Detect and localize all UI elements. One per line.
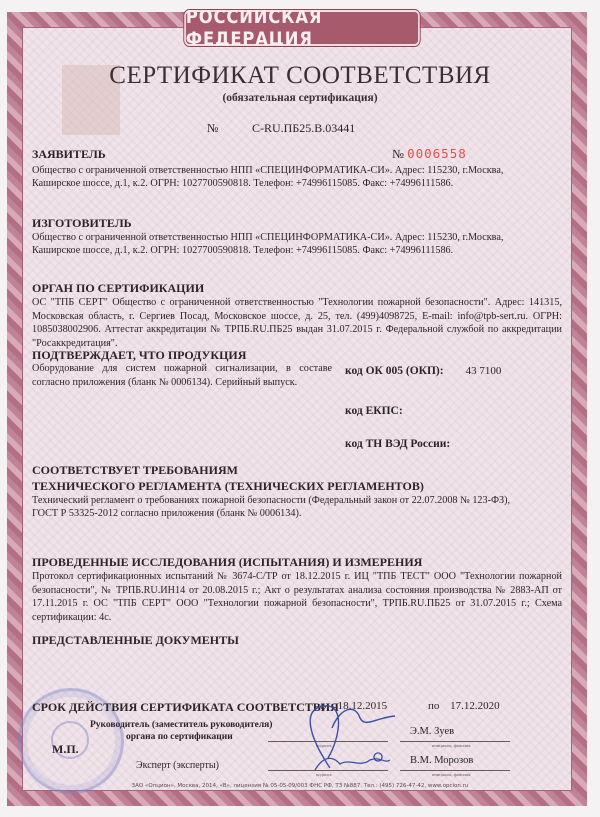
applicant-line-2: Каширское шоссе, д.1, к.2. ОГРН: 1027700… (32, 177, 453, 191)
document-subtitle: (обязательная сертификация) (0, 92, 600, 104)
head-name: Э.М. Зуев (410, 726, 454, 737)
manufacturer-heading: ИЗГОТОВИТЕЛЬ (32, 216, 132, 231)
blank-serial-number: № 0006558 (392, 146, 467, 162)
inner-frame-line (22, 27, 572, 791)
validity-to: по 17.12.2020 (428, 700, 500, 712)
expert-role: Эксперт (эксперты) (136, 759, 219, 773)
tests-heading: ПРОВЕДЕННЫЕ ИССЛЕДОВАНИЯ (ИСПЫТАНИЯ) И И… (32, 555, 422, 570)
okp-code-label: код ОК 005 (ОКП): (345, 365, 444, 377)
okp-code-row: код ОК 005 (ОКП): 43 7100 (345, 361, 501, 379)
handwritten-signatures (270, 698, 410, 778)
certification-body-text: ОС "ТПБ СЕРТ" Общество с ограниченной от… (32, 296, 562, 350)
applicant-line-1: Общество с ограниченной ответственностью… (32, 164, 503, 178)
head-name-line (400, 741, 510, 742)
serial-prefix: № (392, 147, 404, 161)
ekps-code-label: код ЕКПС: (345, 405, 403, 417)
product-text: Оборудование для систем пожарной сигнали… (32, 362, 332, 389)
requirements-line-2: ГОСТ Р 53325-2012 согласно приложения (б… (32, 507, 301, 521)
certificate-number: C-RU.ПБ25.В.03441 (252, 121, 355, 136)
serial-value: 0006558 (407, 146, 467, 161)
requirements-line-1: Технический регламент о требованиях пожа… (32, 494, 510, 508)
expert-name-line (400, 770, 510, 771)
product-heading: ПОДТВЕРЖДАЕТ, ЧТО ПРОДУКЦИЯ (32, 348, 246, 363)
manufacturer-line-2: Каширское шоссе, д.1, к.2. ОГРН: 1027700… (32, 244, 453, 258)
tests-text: Протокол сертификационных испытаний № 36… (32, 570, 562, 624)
requirements-heading-line-2: ТЕХНИЧЕСКОГО РЕГЛАМЕНТА (ТЕХНИЧЕСКИХ РЕГ… (32, 479, 424, 494)
stamp-label: М.П. (52, 742, 79, 757)
head-name-caption: инициалы, фамилия (432, 743, 471, 748)
country-banner: РОССИЙСКАЯ ФЕДЕРАЦИЯ (184, 10, 420, 46)
tnved-code-label: код ТН ВЭД России: (345, 438, 450, 450)
validity-to-date: 17.12.2020 (450, 700, 500, 712)
printer-imprint: ЗАО «Опцион», Москва, 2014, «В», лицензи… (0, 783, 600, 789)
okp-code-value: 43 7100 (466, 365, 502, 377)
head-role-line-2: органа по сертификации (126, 731, 233, 745)
manufacturer-line-1: Общество с ограниченной ответственностью… (32, 231, 503, 245)
documents-heading: ПРЕДСТАВЛЕННЫЕ ДОКУМЕНТЫ (32, 633, 239, 648)
expert-name-caption: инициалы, фамилия (432, 772, 471, 777)
expert-name: В.М. Морозов (410, 755, 473, 766)
number-sign: № (207, 121, 218, 136)
validity-to-label: по (428, 700, 439, 712)
requirements-heading-line-1: СООТВЕТСТВУЕТ ТРЕБОВАНИЯМ (32, 463, 238, 478)
document-title: СЕРТИФИКАТ СООТВЕТСТВИЯ (0, 62, 600, 90)
certification-body-heading: ОРГАН ПО СЕРТИФИКАЦИИ (32, 281, 204, 296)
applicant-heading: ЗАЯВИТЕЛЬ (32, 147, 106, 162)
